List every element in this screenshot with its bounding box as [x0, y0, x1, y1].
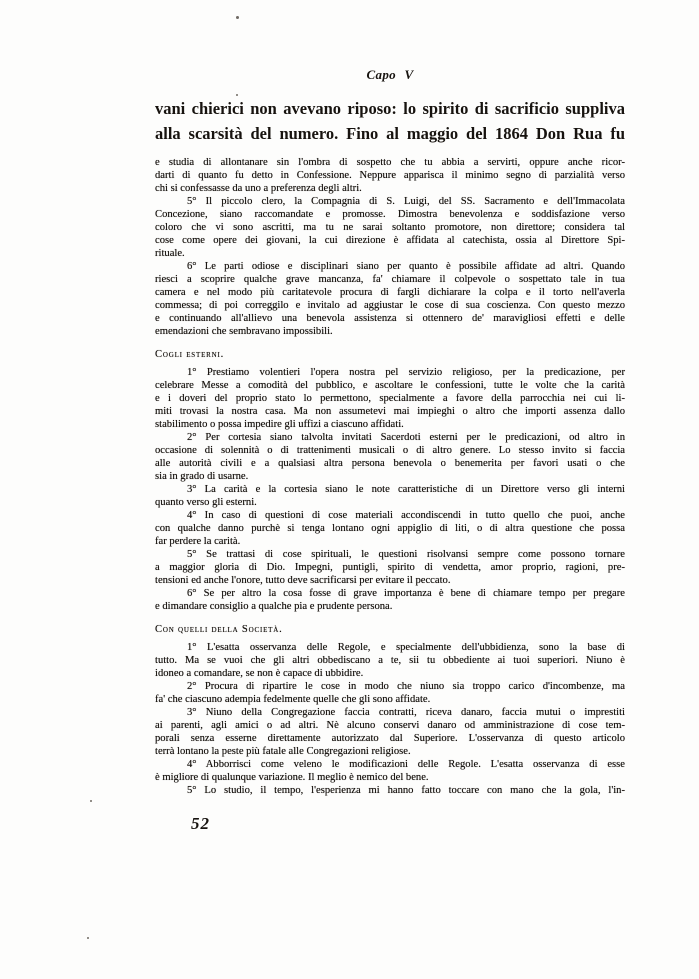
text-line: camera e nel modo più caritatevole procu… — [155, 286, 625, 299]
text-line: chi si confessasse da uno a preferenza d… — [155, 182, 625, 195]
text-line: riesci a scoprire qualche grave mancanza… — [155, 273, 625, 286]
text-line: 1° L'esatta osservanza delle Regole, e s… — [155, 641, 625, 654]
text-line: e studia di allontanare sin l'ombra di s… — [155, 156, 625, 169]
paragraph: 1° L'esatta osservanza delle Regole, e s… — [155, 641, 625, 797]
text-line: alle autorità civili e a qualsiasi altra… — [155, 457, 625, 470]
text-line: sia in grado di usarne. — [155, 470, 625, 483]
text-line: rituale. — [155, 247, 625, 260]
text-line: cose come opere dei giovani, la cui dire… — [155, 234, 625, 247]
section-heading: Cogli esterni. — [155, 348, 625, 361]
text-line: 6° Se per altro la cosa fosse di grave i… — [155, 587, 625, 600]
paragraph: 1° Prestiamo volentieri l'opera nostra p… — [155, 366, 625, 613]
text-line: occasione di solennità o di tratteniment… — [155, 444, 625, 457]
text-line: emendazioni che sembravano impossibili. — [155, 325, 625, 338]
text-line: 4° In caso di questioni di cose material… — [155, 509, 625, 522]
text-line: a maggior gloria di Dio. Impegni, puntig… — [155, 561, 625, 574]
text-line: tensioni ed anche l'onore, tutto deve sa… — [155, 574, 625, 587]
text-line: idoneo a comandare, se non è capace di u… — [155, 667, 625, 680]
intro-paragraph: vani chierici non avevano riposo: lo spi… — [155, 96, 625, 146]
text-line: 1° Prestiamo volentieri l'opera nostra p… — [155, 366, 625, 379]
text-line: 5° Lo studio, il tempo, l'esperienza mi … — [155, 784, 625, 797]
chapter-header: Capo V — [155, 67, 625, 83]
text-line: 2° Per cortesia siano talvolta invitati … — [155, 431, 625, 444]
scan-speck — [87, 937, 89, 939]
book-page: Capo V vani chierici non avevano riposo:… — [0, 0, 699, 979]
text-line: 5° Il piccolo clero, la Compagnia di S. … — [155, 195, 625, 208]
intro-line: vani chierici non avevano riposo: lo spi… — [155, 96, 625, 121]
text-line: far perdere la carità. — [155, 535, 625, 548]
footnote-text: e studia di allontanare sin l'ombra di s… — [155, 156, 625, 797]
text-line: miti trovasi la nostra casa. Ma non assu… — [155, 405, 625, 418]
scan-speck — [90, 800, 92, 802]
text-line: darti di quanto fu detto in Confessione.… — [155, 169, 625, 182]
scan-speck — [236, 16, 239, 19]
text-line: terrà lontano la peste più fatale alle C… — [155, 745, 625, 758]
text-line: ai parenti, agli amici o ad altri. Nè al… — [155, 719, 625, 732]
text-line: quanto verso gli esterni. — [155, 496, 625, 509]
text-line: tutto. Ma se vuoi che gli altri obbedisc… — [155, 654, 625, 667]
text-line: commessa; di poi correggilo e invitalo a… — [155, 299, 625, 312]
text-line: 3° La carità e la cortesia siano le note… — [155, 483, 625, 496]
text-line: 3° Niuno della Congregazione faccia cont… — [155, 706, 625, 719]
text-line: e dimandare consiglio a qualche pia e pr… — [155, 600, 625, 613]
intro-line: alla scarsità del numero. Fino al maggio… — [155, 121, 625, 146]
text-line: coloro che vi sono ascritti, ma tu ne sa… — [155, 221, 625, 234]
text-line: e i doveri del proprio stato lo permetto… — [155, 392, 625, 405]
section-heading: Con quelli della Società. — [155, 623, 625, 636]
text-line: 6° Le parti odiose e disciplinari siano … — [155, 260, 625, 273]
text-line: con qualche danno purchè si tenga lontan… — [155, 522, 625, 535]
text-line: e continuando all'allievo una benevola a… — [155, 312, 625, 325]
paragraph: e studia di allontanare sin l'ombra di s… — [155, 156, 625, 338]
text-line: 2° Procura di ripartire le cose in modo … — [155, 680, 625, 693]
text-line: 4° Abborrisci come veleno le modificazio… — [155, 758, 625, 771]
text-line: fa' che ciascuno adempia fedelmente quel… — [155, 693, 625, 706]
text-line: Concezione, siano raccomandate e promoss… — [155, 208, 625, 221]
scan-speck — [236, 94, 238, 96]
text-line: è migliore di qualunque variazione. Il m… — [155, 771, 625, 784]
text-line: stabilimento o possa impedire gli uffizi… — [155, 418, 625, 431]
text-line: 5° Se trattasi di cose spirituali, le qu… — [155, 548, 625, 561]
text-line: porali senza esserne direttamente autori… — [155, 732, 625, 745]
text-line: celebrare Messe a comodità del pubblico,… — [155, 379, 625, 392]
page-number: 52 — [191, 814, 210, 834]
